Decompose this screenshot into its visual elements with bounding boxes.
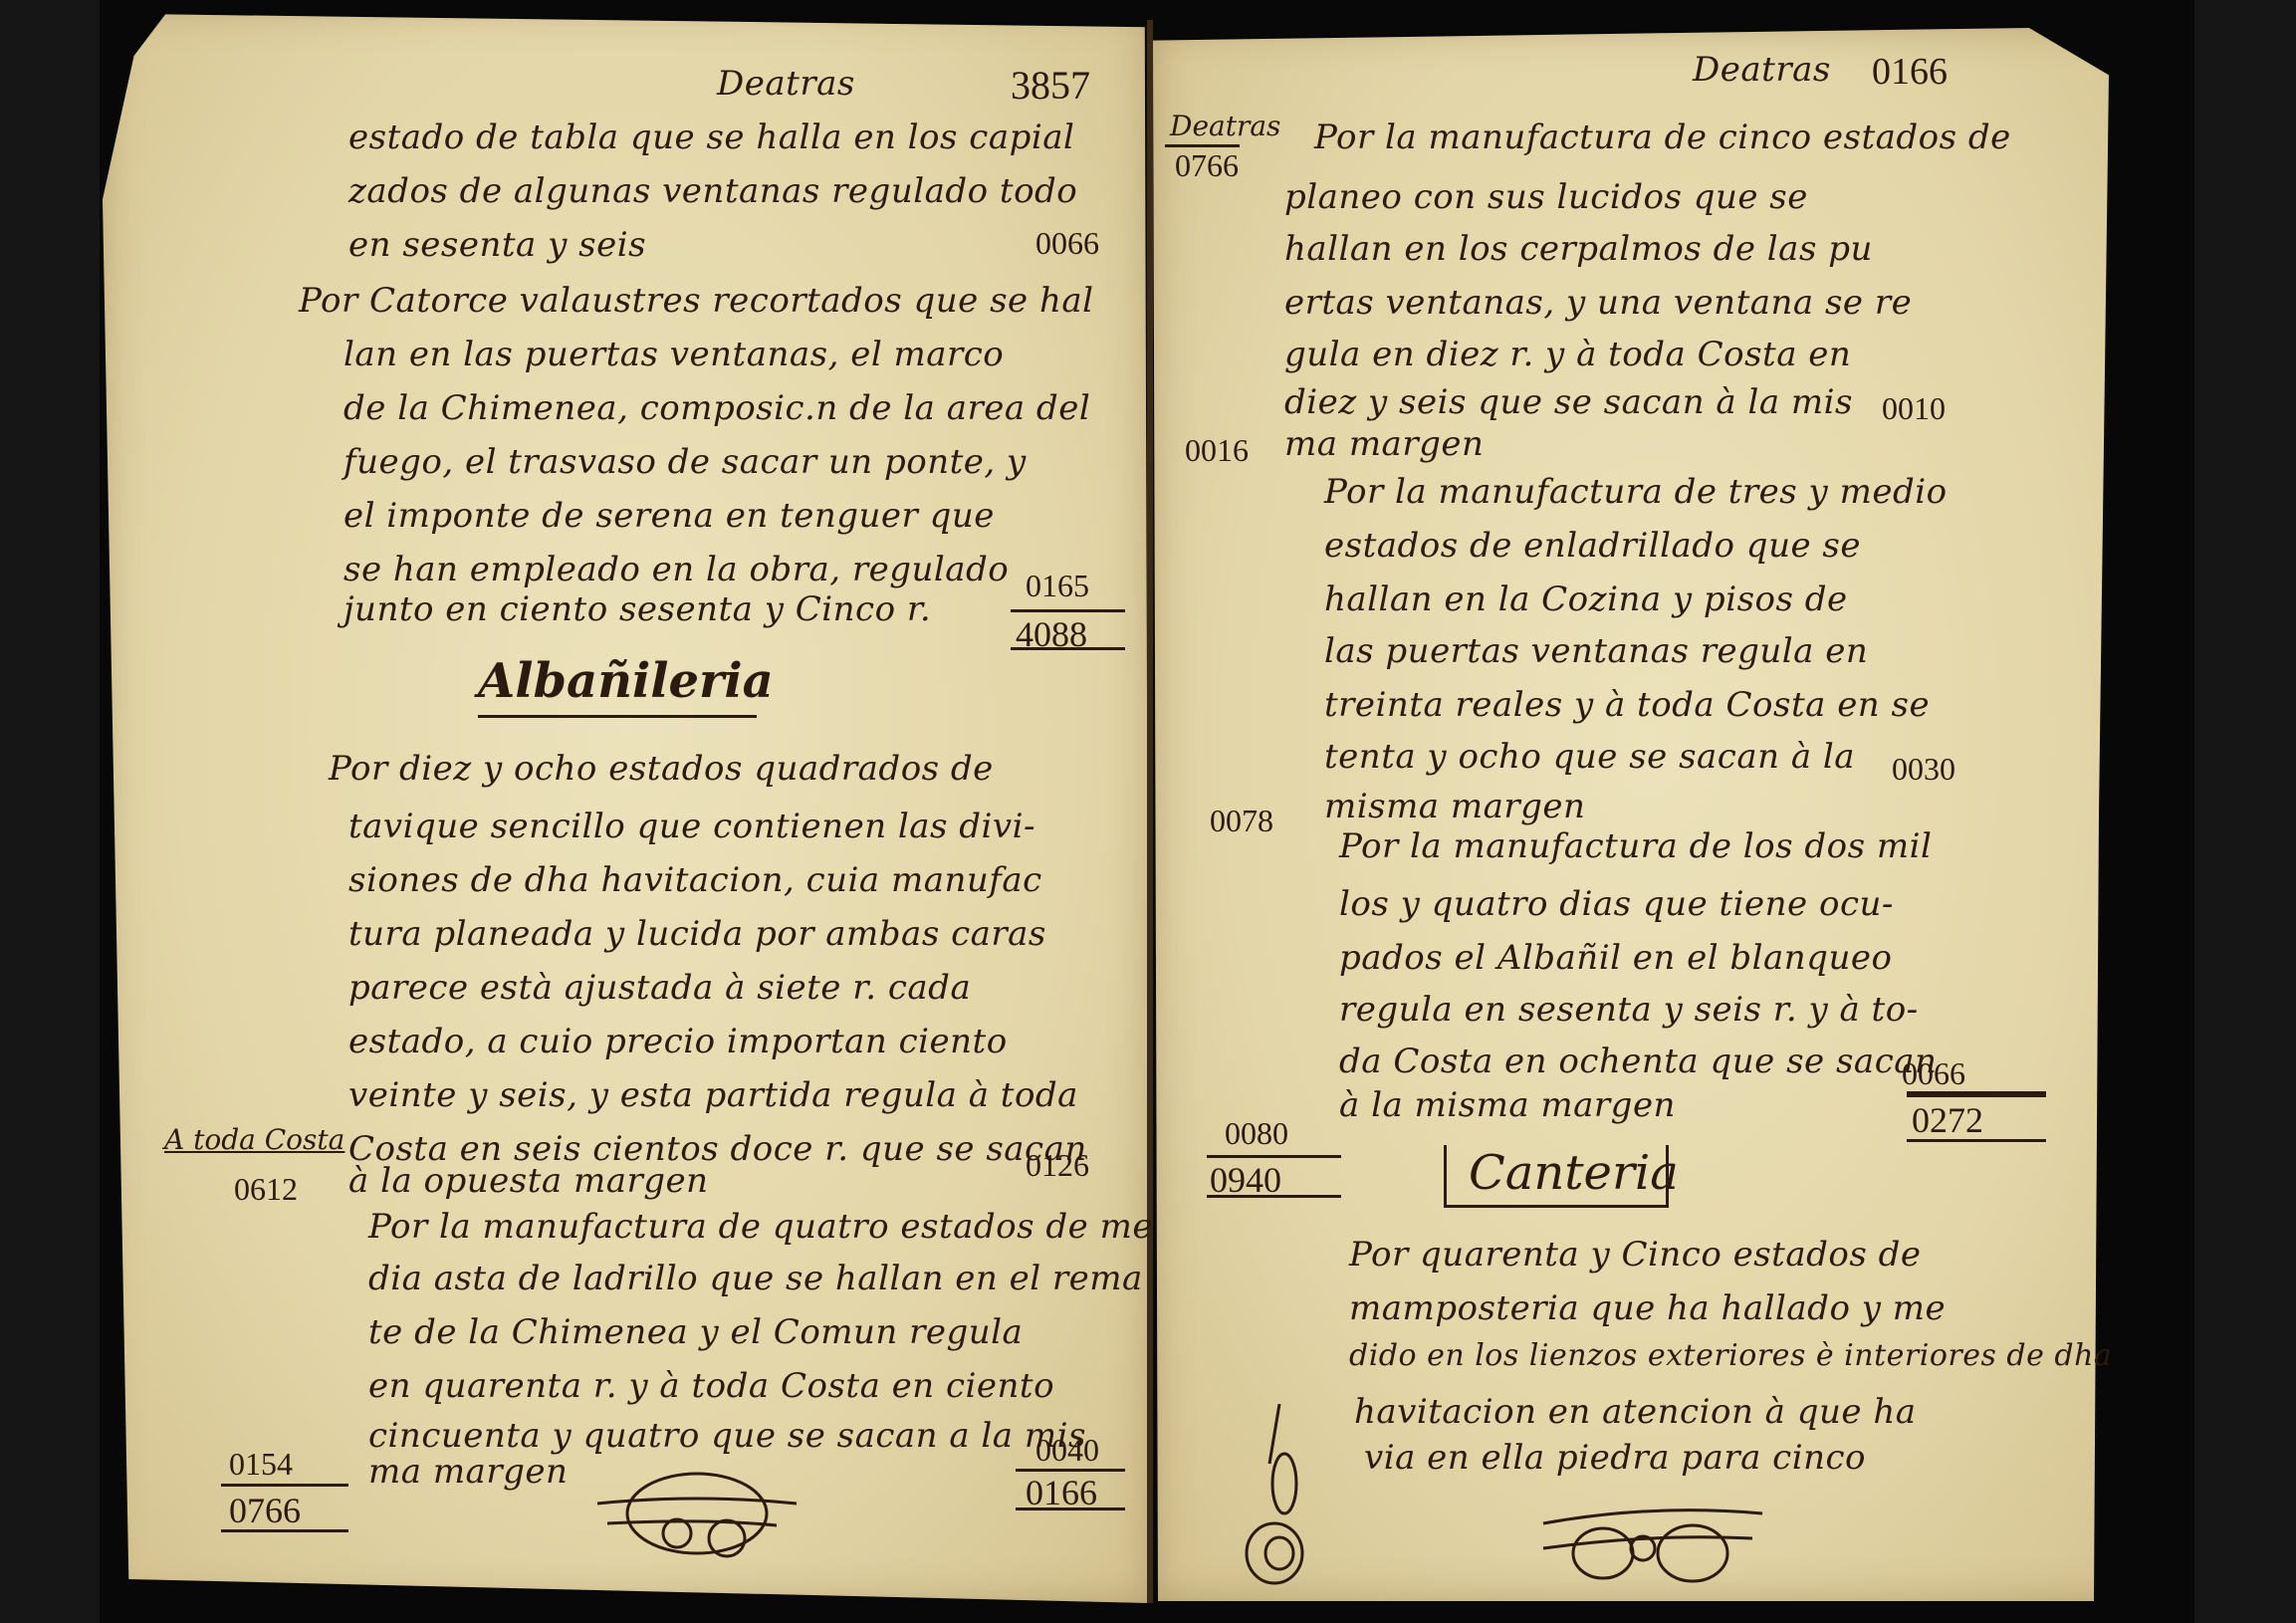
text-line: fuego, el trasvaso de sacar un ponte, y <box>344 442 1027 482</box>
text-line: Por la manufactura de quatro estados de … <box>368 1207 1153 1247</box>
text-line: gula en diez r. y à toda Costa en <box>1284 335 1851 374</box>
text-line: ma margen <box>368 1452 568 1492</box>
sum-rule <box>1011 647 1125 650</box>
heading-box <box>1444 1145 1669 1208</box>
text-line: havitacion en atencion à que ha <box>1354 1392 1916 1432</box>
text-line: parece està ajustada à siete r. cada <box>348 968 971 1008</box>
text-line: junto en ciento sesenta y Cinco r. <box>344 589 931 629</box>
text-line: lan en las puertas ventanas, el marco <box>344 335 1004 374</box>
text-line: ma margen <box>1284 424 1484 464</box>
text-line: en sesenta y seis <box>348 225 646 265</box>
margin-flourish <box>1240 1404 1329 1593</box>
book-gutter <box>1147 20 1153 1603</box>
line-amount: 0010 <box>1882 390 1946 427</box>
margin-total: 0766 <box>229 1490 301 1531</box>
text-line: dia asta de ladrillo que se hallan en el… <box>368 1259 1143 1298</box>
sum-rule <box>1011 609 1125 612</box>
left-header-amount: 3857 <box>1011 62 1090 109</box>
line-amount: 0126 <box>1026 1147 1089 1184</box>
text-line: treinta reales y à toda Costa en se <box>1324 685 1930 725</box>
sum-rule <box>221 1484 348 1487</box>
text-line: tavique sencillo que contienen las divi- <box>348 807 1035 846</box>
sum-rule <box>221 1529 348 1532</box>
text-line: via en ella piedra para cinco <box>1364 1438 1866 1478</box>
text-line: estado de tabla que se halla en los capi… <box>348 117 1074 157</box>
text-line: hallan en los cerpalmos de las pu <box>1284 229 1873 269</box>
right-header-label: Deatras <box>1693 50 1831 90</box>
text-line: dido en los lienzos exteriores è interio… <box>1349 1338 2112 1373</box>
margin-amount: 0016 <box>1185 432 1249 469</box>
text-line: estado, a cuio precio importan ciento <box>348 1022 1008 1061</box>
text-line: hallan en la Cozina y pisos de <box>1324 580 1848 619</box>
margin-amount: 0154 <box>229 1446 293 1483</box>
left-header-label: Deatras <box>717 64 855 104</box>
text-line: tenta y ocho que se sacan à la <box>1324 737 1855 777</box>
sum-rule <box>1907 1139 2046 1142</box>
signature-flourish <box>1533 1494 1772 1593</box>
text-line: se han empleado en la obra, regulado <box>344 550 1009 589</box>
margin-carry-amount: 0766 <box>1175 147 1239 184</box>
right-header-amount: 0166 <box>1872 50 1948 94</box>
left-border <box>0 0 100 1623</box>
text-line: Por Catorce valaustres recortados que se… <box>299 281 1094 321</box>
section-heading: Albañileria <box>478 653 774 709</box>
line-amount: 0066 <box>1035 225 1099 262</box>
text-line: da Costa en ochenta que se sacan <box>1339 1042 1937 1081</box>
margin-note-amount: 0612 <box>234 1171 298 1208</box>
text-line: à la opuesta margen <box>348 1161 709 1201</box>
line-amount: 0030 <box>1892 751 1955 788</box>
line-amount: 0165 <box>1026 568 1089 604</box>
margin-amount: 0078 <box>1210 803 1273 839</box>
sum-rule <box>1207 1155 1341 1158</box>
margin-carry-label: Deatras <box>1170 110 1280 142</box>
text-line: tura planeada y lucida por ambas caras <box>348 914 1046 954</box>
text-line: à la misma margen <box>1339 1085 1676 1125</box>
text-line: en quarenta r. y à toda Costa en ciento <box>368 1366 1054 1406</box>
text-line: diez y seis que se sacan à la mis <box>1284 382 1853 422</box>
text-line: cincuenta y quatro que se sacan a la mis <box>368 1416 1086 1456</box>
line-amount: 0066 <box>1902 1055 1965 1092</box>
margin-note-label: A toda Costa <box>164 1123 344 1156</box>
text-line: zados de algunas ventanas regulado todo <box>348 171 1077 211</box>
right-border <box>2194 0 2296 1623</box>
text-line: misma margen <box>1324 787 1585 826</box>
text-line: mamposteria que ha hallado y me <box>1349 1288 1946 1328</box>
text-line: las puertas ventanas regula en <box>1324 631 1868 671</box>
text-line: veinte y seis, y esta partida regula à t… <box>348 1075 1078 1115</box>
text-line: Por la manufactura de tres y medio <box>1324 472 1948 512</box>
text-line: estados de enladrillado que se <box>1324 526 1861 566</box>
sum-rule <box>1907 1091 2046 1097</box>
sum-rule <box>1207 1195 1341 1198</box>
text-line: los y quatro dias que tiene ocu- <box>1339 884 1894 924</box>
text-line: Por la manufactura de los dos mil <box>1339 826 1932 866</box>
text-line: ertas ventanas, y una ventana se re <box>1284 283 1912 323</box>
heading-underline <box>478 715 757 718</box>
text-line: te de la Chimenea y el Comun regula <box>368 1312 1023 1352</box>
text-line: de la Chimenea, composic.n de la area de… <box>344 388 1090 428</box>
text-line: pados el Albañil en el blanqueo <box>1339 938 1892 978</box>
text-line: el imponte de serena en tenguer que <box>344 496 995 536</box>
text-line: Por quarenta y Cinco estados de <box>1349 1235 1921 1275</box>
text-line: planeo con sus lucidos que se <box>1284 177 1808 217</box>
text-line: Por la manufactura de cinco estados de <box>1314 117 2011 157</box>
line-amount: 0040 <box>1035 1432 1099 1469</box>
margin-amount: 0080 <box>1225 1115 1288 1152</box>
sum-rule <box>1016 1507 1125 1510</box>
page-total: 0272 <box>1912 1099 1983 1141</box>
text-line: regula en sesenta y seis r. y à to- <box>1339 990 1919 1030</box>
signature-flourish <box>577 1464 816 1573</box>
text-line: siones de dha havitacion, cuia manufac <box>348 860 1042 900</box>
text-line: Por diez y ocho estados quadrados de <box>329 749 994 789</box>
